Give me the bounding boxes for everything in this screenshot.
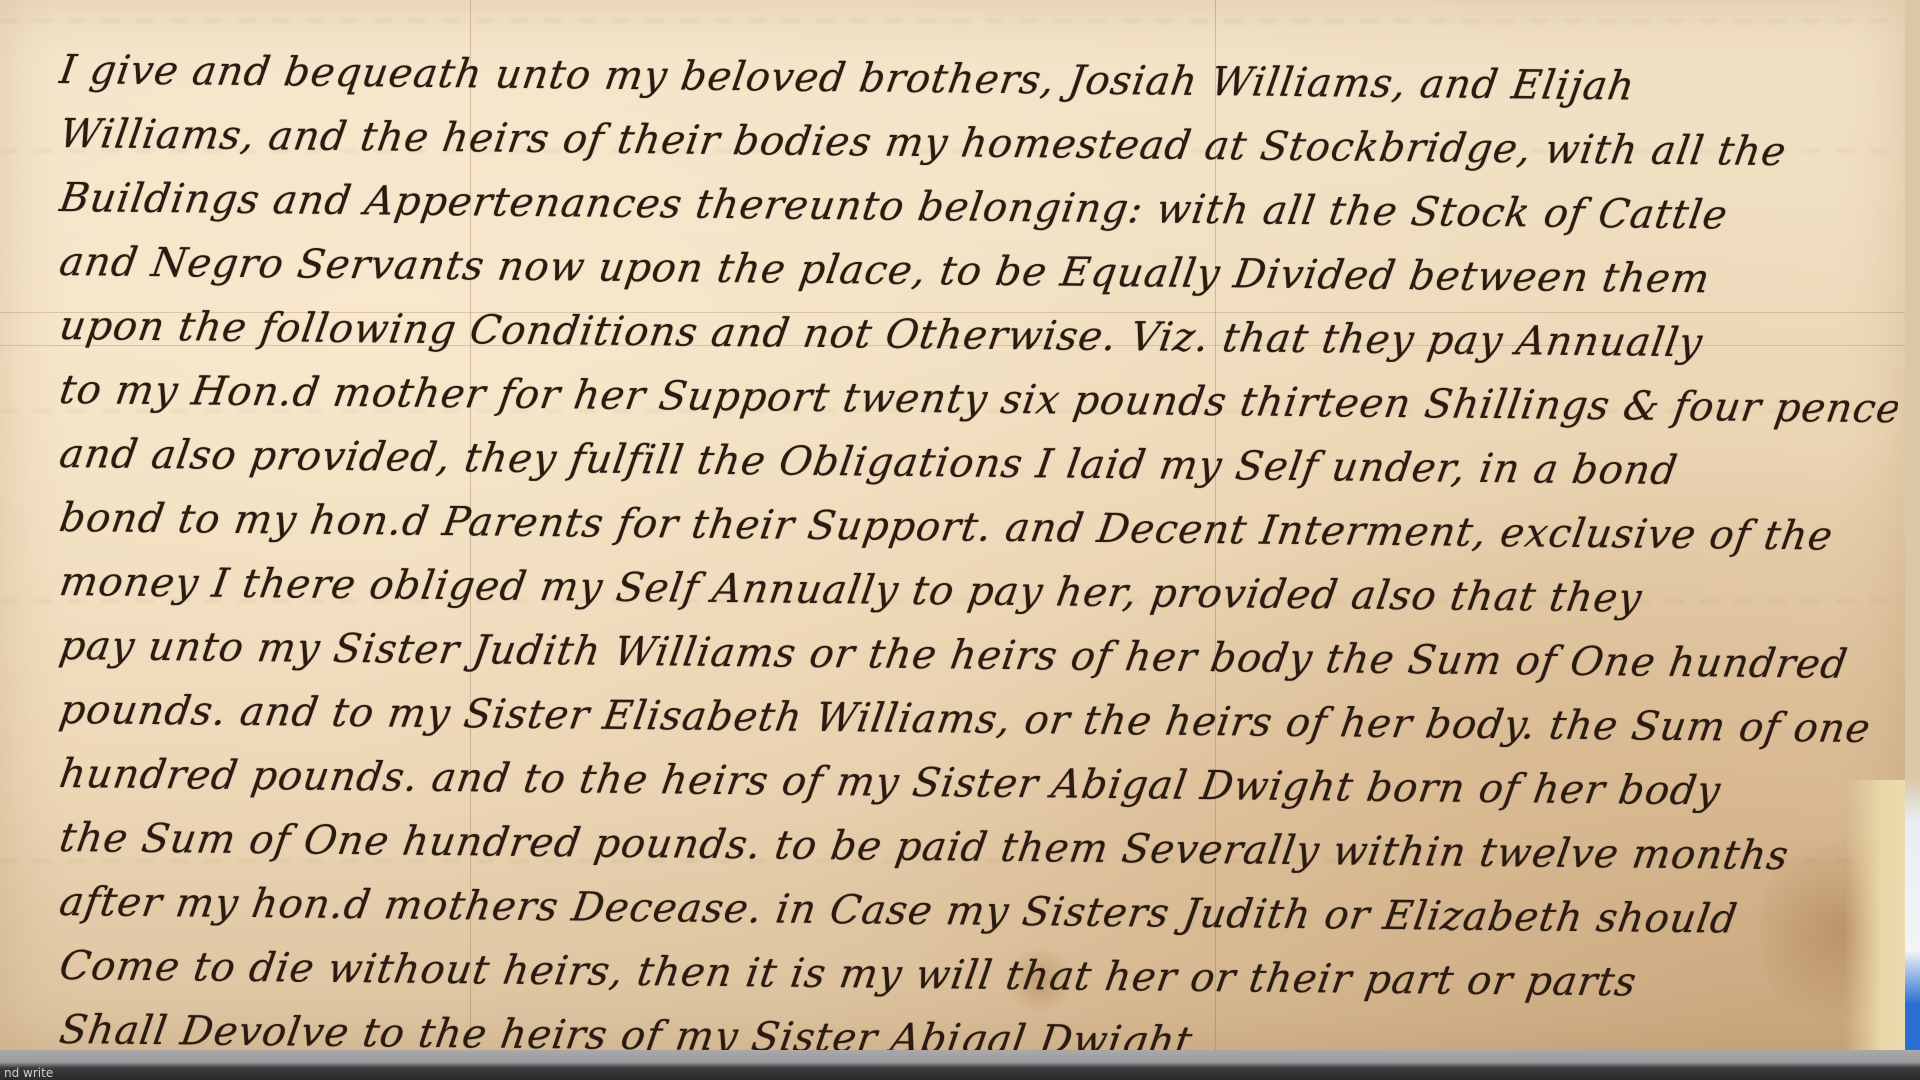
ink-bleed-through	[0, 20, 1905, 22]
manuscript-page: I give and bequeath unto my beloved brot…	[0, 0, 1905, 1050]
screen-edge-bottom: nd write	[0, 1050, 1920, 1080]
screen-edge-right	[1905, 0, 1920, 1080]
screen-edge-text: nd write	[0, 1066, 57, 1080]
handwritten-text: I give and bequeath unto my beloved brot…	[60, 38, 1900, 1062]
